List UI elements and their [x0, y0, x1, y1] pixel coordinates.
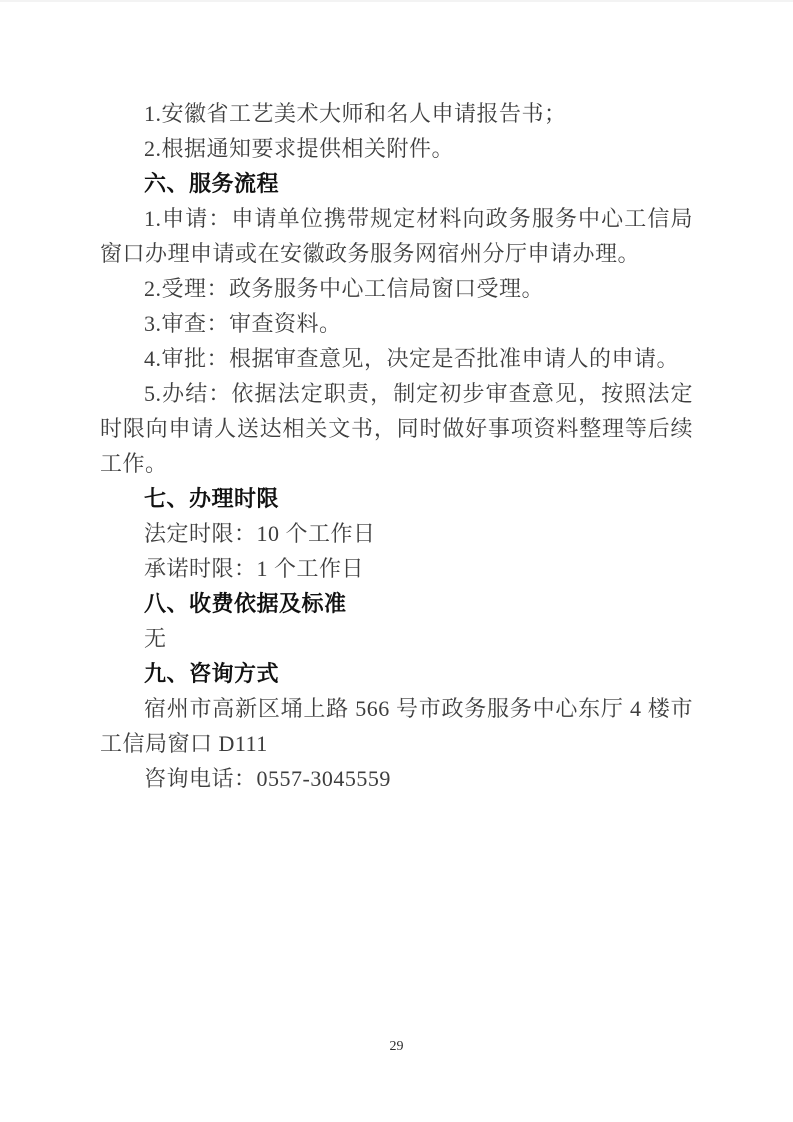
heading-section-6-service-process: 六、服务流程 [100, 166, 693, 201]
paragraph-phone: 咨询电话：0557-3045559 [100, 761, 693, 796]
paragraph-promised-time: 承诺时限：1 个工作日 [100, 551, 693, 586]
paragraph-step-complete: 5.办结：依据法定职责，制定初步审查意见，按照法定时限向申请人送达相关文书，同时… [100, 376, 693, 481]
paragraph-attachment-2: 2.根据通知要求提供相关附件。 [100, 131, 693, 166]
heading-section-9-contact: 九、咨询方式 [100, 656, 693, 691]
page-number: 29 [0, 1038, 793, 1056]
paragraph-step-approve: 4.审批：根据审查意见，决定是否批准申请人的申请。 [100, 341, 693, 376]
heading-section-7-time-limit: 七、办理时限 [100, 481, 693, 516]
paragraph-address: 宿州市高新区埇上路 566 号市政务服务中心东厅 4 楼市工信局窗口 D111 [100, 691, 693, 761]
document-body: 1.安徽省工艺美术大师和名人申请报告书； 2.根据通知要求提供相关附件。 六、服… [100, 96, 693, 796]
paragraph-statutory-time: 法定时限：10 个工作日 [100, 516, 693, 551]
paragraph-fee-none: 无 [100, 621, 693, 656]
heading-section-8-fees: 八、收费依据及标准 [100, 586, 693, 621]
paragraph-attachment-1: 1.安徽省工艺美术大师和名人申请报告书； [100, 96, 693, 131]
page-top-edge [0, 0, 793, 2]
paragraph-step-apply: 1.申请：申请单位携带规定材料向政务服务中心工信局窗口办理申请或在安徽政务服务网… [100, 201, 693, 271]
paragraph-step-accept: 2.受理：政务服务中心工信局窗口受理。 [100, 271, 693, 306]
paragraph-step-review: 3.审查：审查资料。 [100, 306, 693, 341]
